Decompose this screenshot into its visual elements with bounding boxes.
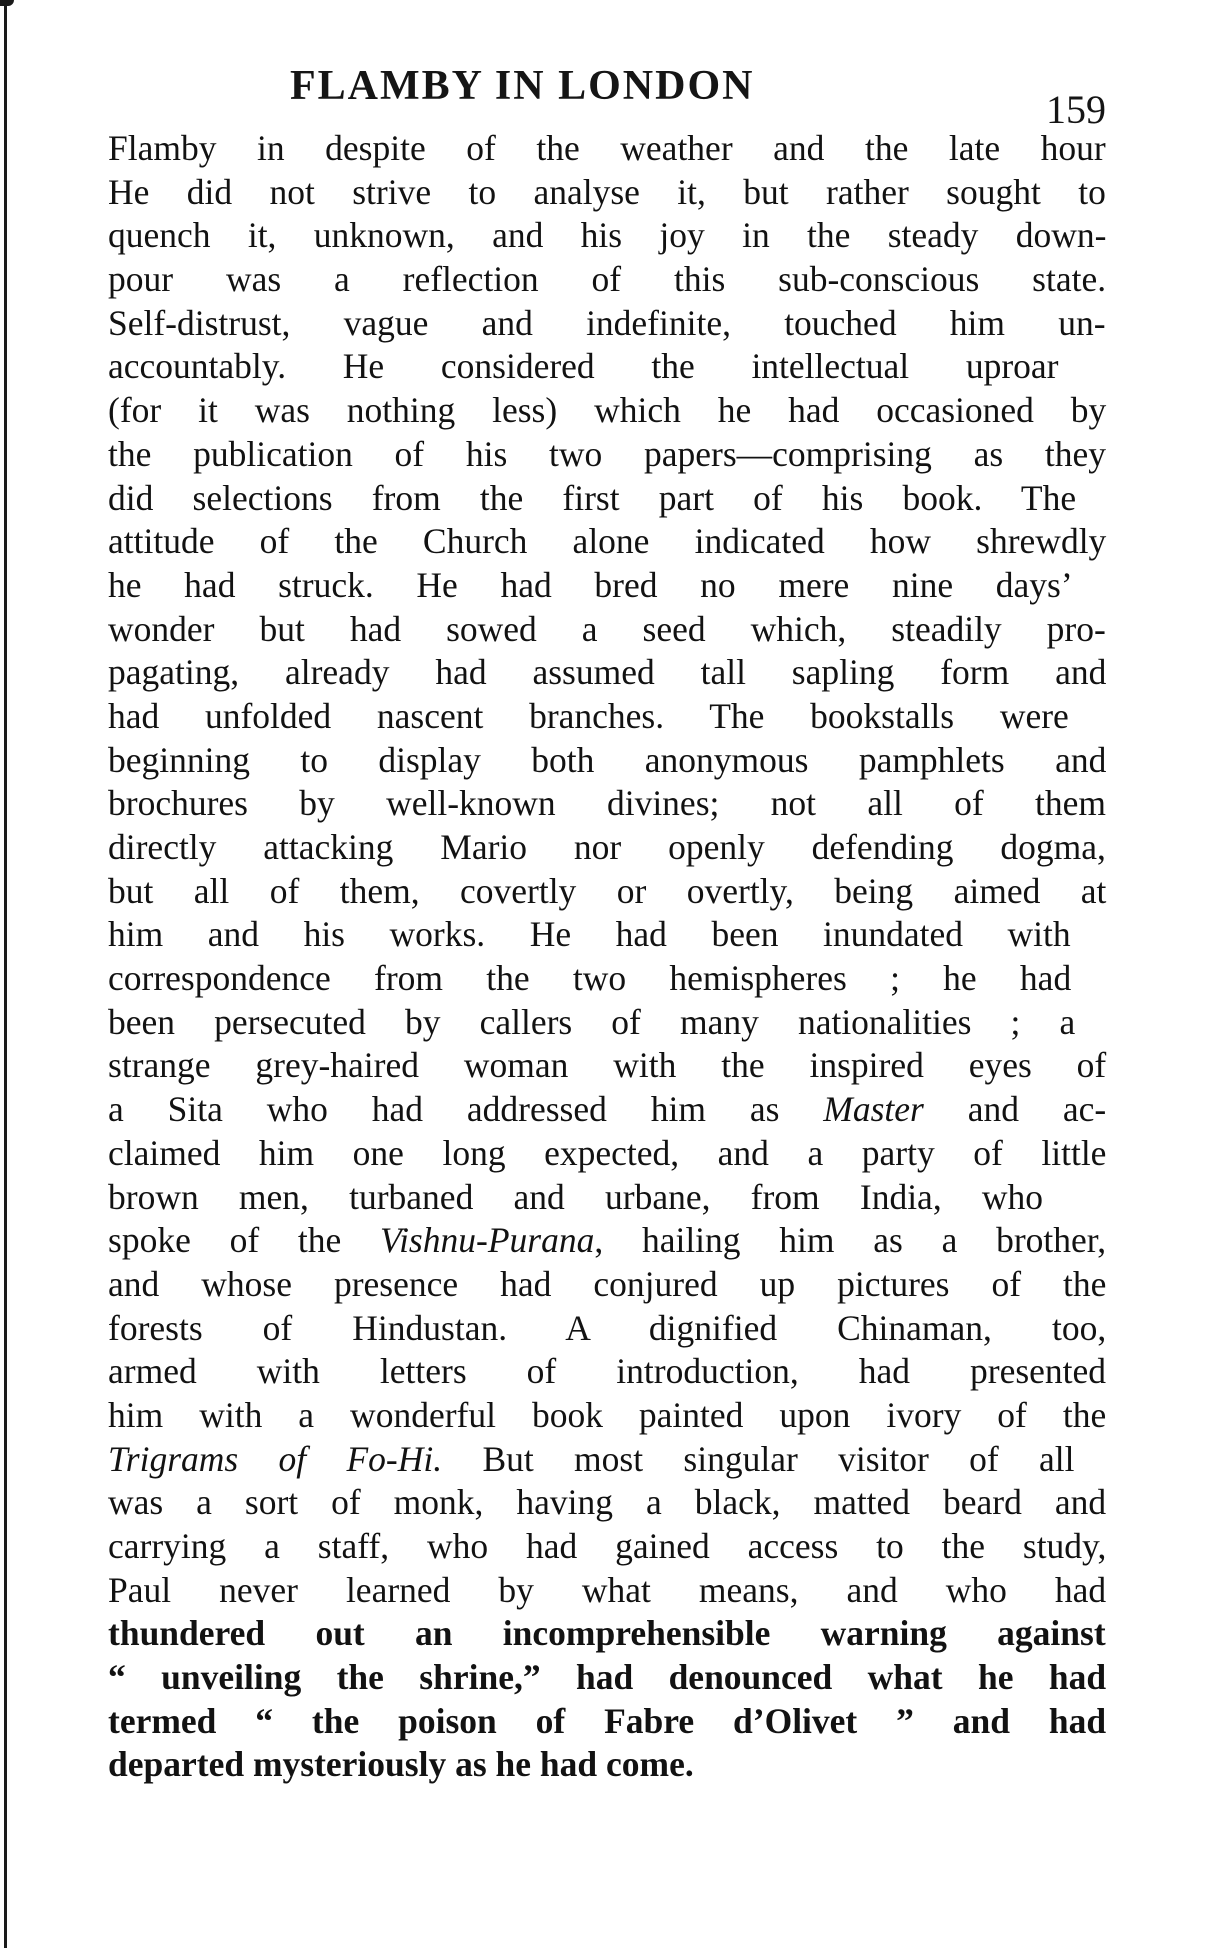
text-line: did selections from the first part of hi… [108,477,1106,521]
text-line: termed “ the poison of Fabre d’Olivet ” … [108,1700,1106,1744]
text-line: Flamby in despite of the weather and the… [108,127,1106,171]
text-line: a Sita who had addressed him as Master a… [108,1088,1106,1132]
text-line: Trigrams of Fo-Hi. But most singular vis… [108,1438,1106,1482]
text-line: had unfolded nascent branches. The books… [108,695,1106,739]
text-line: Self-distrust, vague and indefinite, tou… [108,302,1106,346]
text-line: armed with letters of introduction, had … [108,1350,1106,1394]
text-segment: But most singular visitor of all [442,1439,1074,1479]
text-line: brochures by well-known divines; not all… [108,782,1106,826]
text-line: wonder but had sowed a seed which, stead… [108,608,1106,652]
text-line: directly attacking Mario nor openly defe… [108,826,1106,870]
text-line: (for it was nothing less) which he had o… [108,389,1106,433]
text-line: spoke of the Vishnu-Purana, hailing him … [108,1219,1106,1263]
page-header: FLAMBY IN LONDON 159 [0,58,1221,118]
text-line: was a sort of monk, having a black, matt… [108,1481,1106,1525]
page-number: 159 [1046,86,1106,133]
text-line: beginning to display both anonymous pamp… [108,739,1106,783]
text-line: accountably. He considered the intellect… [108,345,1106,389]
italic-title: Master [823,1089,924,1129]
italic-title: Vishnu-Purana [380,1220,594,1260]
text-line: carrying a staff, who had gained access … [108,1525,1106,1569]
text-line: claimed him one long expected, and a par… [108,1132,1106,1176]
text-line: and whose presence had conjured up pictu… [108,1263,1106,1307]
text-line: he had struck. He had bred no mere nine … [108,564,1106,608]
text-segment: and ac- [924,1089,1106,1129]
text-line: strange grey-haired woman with the inspi… [108,1044,1106,1088]
text-line: forests of Hindustan. A dignified Chinam… [108,1307,1106,1351]
running-title: FLAMBY IN LONDON [290,62,754,110]
text-line: brown men, turbaned and urbane, from Ind… [108,1176,1106,1220]
text-line: but all of them, covertly or overtly, be… [108,870,1106,914]
text-line: He did not strive to analyse it, but rat… [108,171,1106,215]
text-line: been persecuted by callers of many natio… [108,1001,1106,1045]
text-line: correspondence from the two hemispheres … [108,957,1106,1001]
text-line: the publication of his two papers—compri… [108,433,1106,477]
text-line: Paul never learned by what means, and wh… [108,1569,1106,1613]
text-line: him with a wonderful book painted upon i… [108,1394,1106,1438]
text-line: pour was a reflection of this sub-consci… [108,258,1106,302]
text-line: him and his works. He had been inundated… [108,913,1106,957]
text-segment: spoke of the [108,1220,380,1260]
text-line: attitude of the Church alone indicated h… [108,520,1106,564]
body-paragraph: Flamby in despite of the weather and the… [108,127,1106,1787]
text-line: thundered out an incomprehensible warnin… [108,1612,1106,1656]
text-line: departed mysteriously as he had come. [108,1743,1106,1787]
text-segment: , hailing him as a brother, [594,1220,1106,1260]
text-segment: a Sita who had addressed him as [108,1089,823,1129]
text-line: “ unveiling the shrine,” had denounced w… [108,1656,1106,1700]
page-left-edge-rule [4,0,7,1948]
italic-title: Trigrams of Fo-Hi. [108,1439,442,1479]
text-line: pagating, already had assumed tall sapli… [108,651,1106,695]
text-line: quench it, unknown, and his joy in the s… [108,214,1106,258]
page-corner-mark [0,0,14,6]
